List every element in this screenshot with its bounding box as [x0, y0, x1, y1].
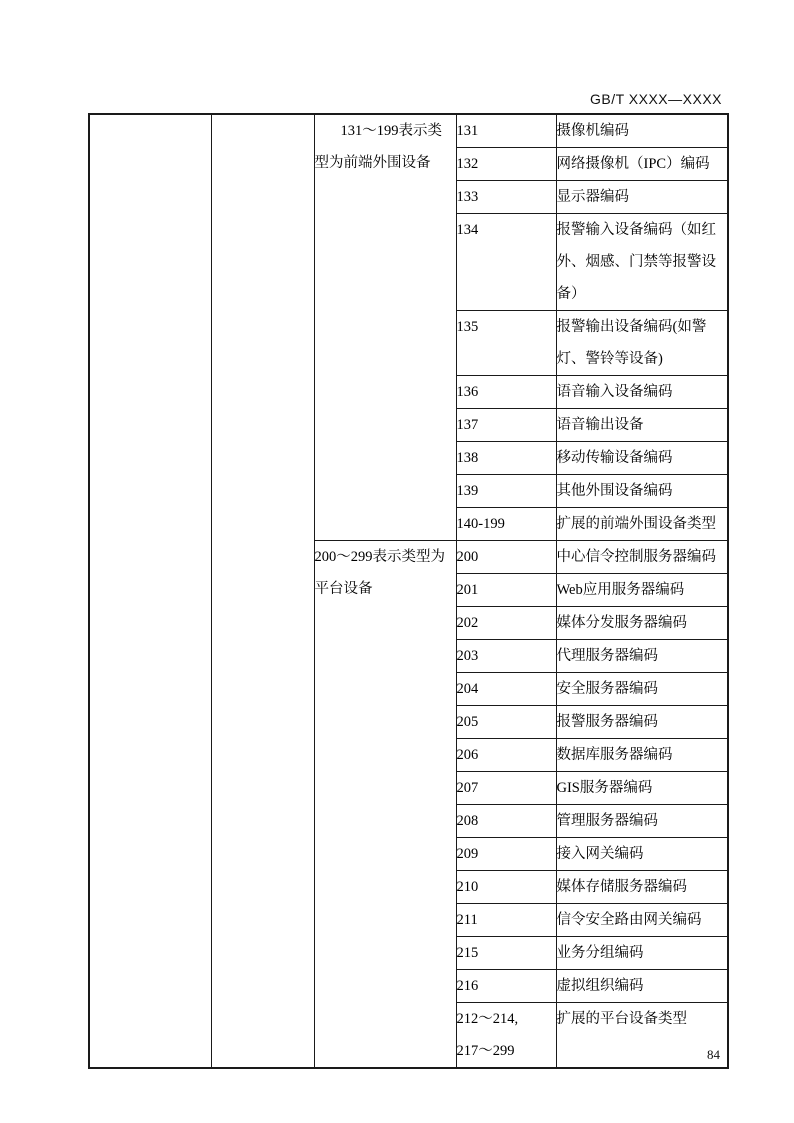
description-cell: 显示器编码	[556, 181, 728, 214]
code-cell: 134	[456, 214, 556, 311]
code-cell: 202	[456, 607, 556, 640]
code-cell: 203	[456, 640, 556, 673]
code-cell: 133	[456, 181, 556, 214]
description-cell: 语音输入设备编码	[556, 376, 728, 409]
description-cell: 安全服务器编码	[556, 673, 728, 706]
description-cell: 网络摄像机（IPC）编码	[556, 148, 728, 181]
description-cell: GIS服务器编码	[556, 772, 728, 805]
code-cell: 207	[456, 772, 556, 805]
code-cell: 137	[456, 409, 556, 442]
code-cell: 136	[456, 376, 556, 409]
description-cell: 中心信令控制服务器编码	[556, 541, 728, 574]
empty-column-2-cell	[211, 114, 314, 1068]
description-cell: 接入网关编码	[556, 838, 728, 871]
description-cell: 媒体分发服务器编码	[556, 607, 728, 640]
type-range-cell: 200～299表示类型为 平台设备	[314, 541, 456, 1069]
code-cell: 135	[456, 311, 556, 376]
description-cell: 扩展的前端外围设备类型	[556, 508, 728, 541]
page-number: 84	[707, 1047, 720, 1063]
description-cell: 报警输出设备编码(如警 灯、警铃等设备)	[556, 311, 728, 376]
code-cell: 215	[456, 937, 556, 970]
description-cell: 报警服务器编码	[556, 706, 728, 739]
document-page: GB/T XXXX—XXXX 131～199表示类 型为前端外围设备131摄像机…	[0, 0, 794, 1123]
code-cell: 205	[456, 706, 556, 739]
description-cell: 媒体存储服务器编码	[556, 871, 728, 904]
description-cell: 虚拟组织编码	[556, 970, 728, 1003]
code-cell: 216	[456, 970, 556, 1003]
description-cell: 代理服务器编码	[556, 640, 728, 673]
description-cell: 数据库服务器编码	[556, 739, 728, 772]
description-cell: 移动传输设备编码	[556, 442, 728, 475]
table-row: 131～199表示类 型为前端外围设备131摄像机编码	[89, 114, 728, 148]
code-cell: 210	[456, 871, 556, 904]
description-cell: 报警输入设备编码（如红 外、烟感、门禁等报警设 备）	[556, 214, 728, 311]
description-cell: 语音输出设备	[556, 409, 728, 442]
code-cell: 208	[456, 805, 556, 838]
code-cell: 212～214, 217～299	[456, 1003, 556, 1069]
table-body: 131～199表示类 型为前端外围设备131摄像机编码132网络摄像机（IPC）…	[89, 114, 728, 1068]
code-cell: 132	[456, 148, 556, 181]
description-cell: Web应用服务器编码	[556, 574, 728, 607]
code-cell: 200	[456, 541, 556, 574]
device-code-table: 131～199表示类 型为前端外围设备131摄像机编码132网络摄像机（IPC）…	[88, 113, 729, 1069]
description-cell: 摄像机编码	[556, 114, 728, 148]
code-cell: 138	[456, 442, 556, 475]
description-cell: 管理服务器编码	[556, 805, 728, 838]
empty-column-1-cell	[89, 114, 211, 1068]
code-cell: 140-199	[456, 508, 556, 541]
type-range-cell: 131～199表示类 型为前端外围设备	[314, 114, 456, 541]
code-cell: 211	[456, 904, 556, 937]
code-cell: 204	[456, 673, 556, 706]
code-cell: 201	[456, 574, 556, 607]
code-cell: 206	[456, 739, 556, 772]
description-cell: 扩展的平台设备类型	[556, 1003, 728, 1069]
description-cell: 其他外围设备编码	[556, 475, 728, 508]
code-cell: 139	[456, 475, 556, 508]
code-cell: 209	[456, 838, 556, 871]
description-cell: 信令安全路由网关编码	[556, 904, 728, 937]
code-cell: 131	[456, 114, 556, 148]
description-cell: 业务分组编码	[556, 937, 728, 970]
standard-number-header: GB/T XXXX—XXXX	[590, 91, 722, 107]
